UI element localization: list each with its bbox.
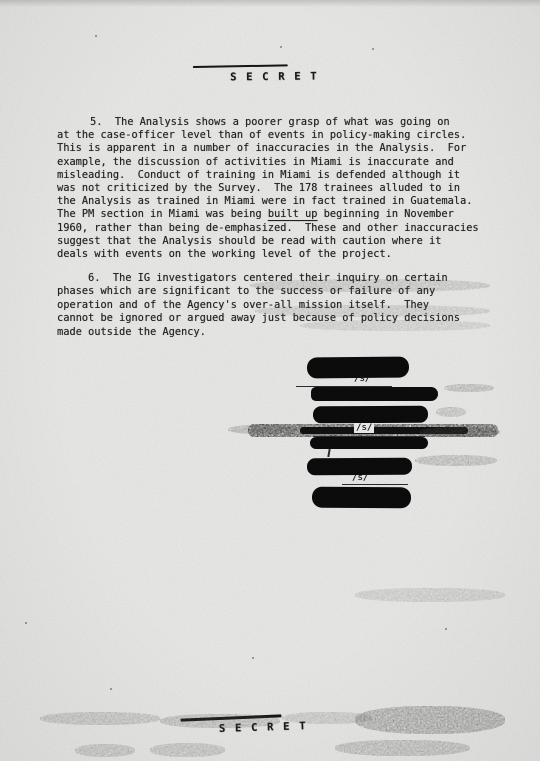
- text-line: The PM section in Miami was being built …: [57, 208, 479, 221]
- text-line: was not criticized by the Survey. The 17…: [57, 182, 479, 195]
- speck: [25, 622, 27, 624]
- document-page: S E C R E T 5. The Analysis shows a poor…: [0, 0, 540, 761]
- paper-grain-overlay: [0, 0, 540, 761]
- redaction-bar: [313, 406, 428, 424]
- redaction-bar: [312, 487, 411, 509]
- text-line: suggest that the Analysis should be read…: [57, 235, 479, 248]
- scan-vignette: [0, 0, 540, 761]
- signature-mark: /s/: [352, 473, 368, 483]
- speck: [280, 46, 282, 48]
- text-line: cannot be ignored or argued away just be…: [57, 312, 460, 325]
- text-line: phases which are significant to the succ…: [57, 285, 460, 298]
- smudge: [415, 455, 497, 466]
- speck: [95, 35, 97, 37]
- classification-footer-text: S E C R E T: [219, 720, 308, 735]
- text-line: 1960, rather than being de-emphasized. T…: [57, 222, 479, 235]
- text-line: misleading. Conduct of training in Miami…: [57, 169, 479, 182]
- text-line: This is apparent in a number of inaccura…: [57, 142, 479, 155]
- classification-footer: S E C R E T: [186, 708, 308, 760]
- smudge: [355, 588, 505, 602]
- smudge: [355, 706, 505, 734]
- text-line: made outside the Agency.: [57, 326, 460, 339]
- speck: [110, 688, 112, 690]
- classification-strikethrough: [193, 64, 288, 68]
- text-line: deals with events on the working level o…: [57, 248, 479, 261]
- stray-mark: [327, 449, 330, 457]
- text-line: 5. The Analysis shows a poorer grasp of …: [57, 116, 479, 129]
- text-line: operation and of the Agency's over-all m…: [57, 299, 460, 312]
- paragraph-5: 5. The Analysis shows a poorer grasp of …: [57, 116, 479, 261]
- signature-mark: /s/: [354, 374, 370, 384]
- smudge: [335, 740, 470, 756]
- smudge: [40, 712, 160, 725]
- scribble-redaction: [300, 427, 468, 434]
- text-segment: beginning in November: [317, 208, 453, 220]
- scan-top-edge-shadow: [0, 0, 540, 7]
- speck: [372, 48, 374, 50]
- text-line: example, the discussion of activities in…: [57, 156, 479, 169]
- redaction-bar: [311, 387, 438, 401]
- classification-header: S E C R E T: [198, 58, 319, 107]
- speck: [445, 628, 447, 630]
- redaction-bar: [310, 437, 428, 449]
- text-line: at the case-officer level than of events…: [57, 129, 479, 142]
- smudge: [436, 407, 466, 417]
- classification-strikethrough: [180, 714, 281, 721]
- smudge: [444, 384, 494, 392]
- classification-header-text: S E C R E T: [230, 70, 318, 83]
- signature-mark: /s/: [354, 423, 374, 433]
- signature-line: [342, 484, 408, 485]
- text-segment: The PM section in Miami was being: [57, 208, 268, 220]
- smudge: [75, 744, 135, 757]
- speck: [252, 657, 254, 659]
- underlined-phrase: built up: [268, 208, 318, 220]
- text-line: the Analysis as trained in Miami were in…: [57, 195, 479, 208]
- paragraph-6: 6. The IG investigators centered their i…: [57, 272, 460, 339]
- text-line: 6. The IG investigators centered their i…: [57, 272, 460, 285]
